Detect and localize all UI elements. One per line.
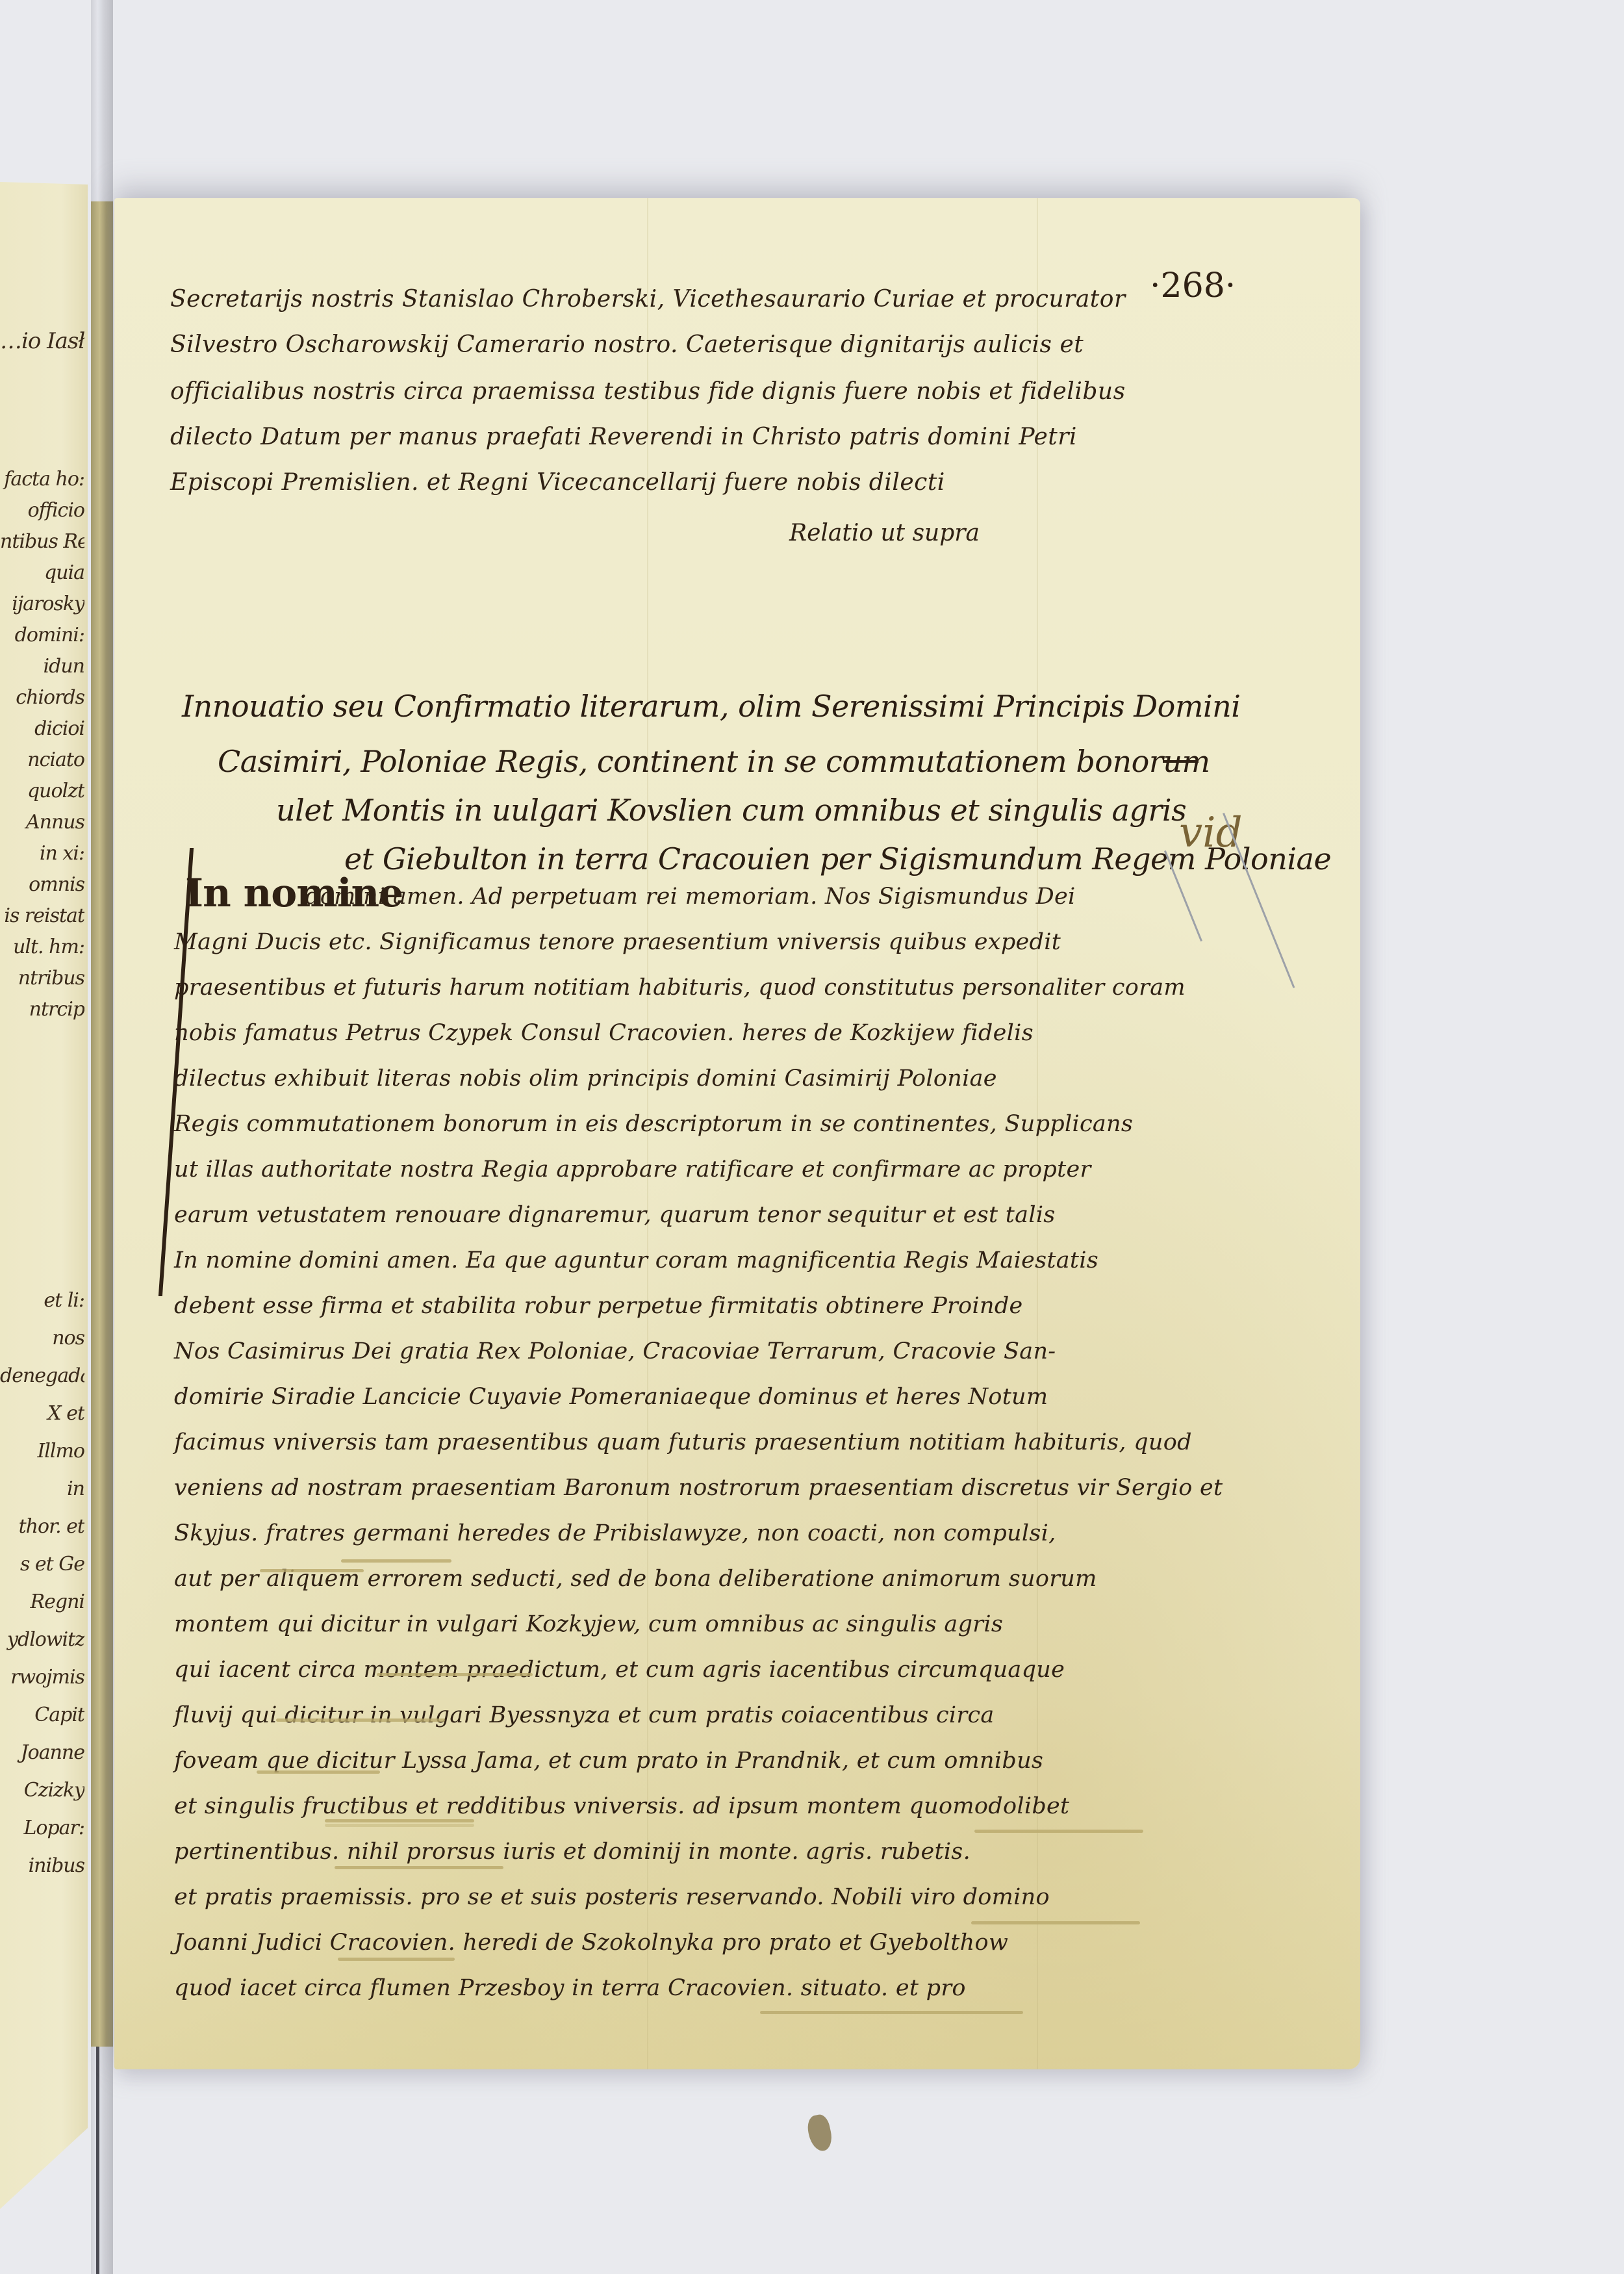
margin-dash	[1163, 760, 1199, 763]
left-margin-line: quia	[0, 561, 84, 584]
left-margin-line: X et	[0, 1402, 84, 1425]
left-margin-line: is reistat	[0, 904, 84, 927]
body-line: veniens ad nostram praesentiam Baronum n…	[174, 1475, 1223, 1501]
underline-mark	[971, 1921, 1140, 1924]
body-line: qui iacent circa montem praedictum, et c…	[174, 1657, 1065, 1683]
body-line: Magni Ducis etc. Significamus tenore pra…	[174, 929, 1061, 955]
left-margin-line: Regni	[0, 1591, 84, 1613]
body-line: Regis commutationem bonorum in eis descr…	[174, 1111, 1133, 1137]
text-line: Episcopi Premislien. et Regni Vicecancel…	[170, 469, 945, 496]
left-margin-line: denegada	[0, 1364, 84, 1387]
body-line: foveam que dicitur Lyssa Jama, et cum pr…	[174, 1748, 1043, 1774]
underline-mark	[325, 1824, 474, 1827]
left-margin-line: Capit	[0, 1704, 84, 1726]
left-margin-line: Illmo	[0, 1440, 84, 1463]
left-margin-line: idun	[0, 655, 84, 678]
underline-mark	[276, 1718, 445, 1722]
text-line: Silvestro Oscharowskij Camerario nostro.…	[170, 331, 1084, 358]
body-line: et pratis praemissis. pro se et suis pos…	[174, 1884, 1050, 1910]
left-margin-line: rwojmis	[0, 1666, 84, 1689]
body-line: domirie Siradie Lancicie Cuyavie Pomeran…	[174, 1384, 1048, 1410]
left-margin-line: ntribus	[0, 967, 84, 990]
body-line: Skyjus. fratres germani heredes de Pribi…	[174, 1520, 1056, 1546]
body-line: fluvij qui dicitur in vulgari Byessnyza …	[174, 1702, 995, 1728]
binding-strip	[91, 201, 113, 2047]
left-margin-line: ijarosky	[0, 593, 84, 615]
body-line: facimus vniversis tam praesentibus quam …	[174, 1429, 1192, 1455]
left-margin-line: quolzt	[0, 780, 84, 802]
left-margin-line: omnis	[0, 873, 84, 896]
left-margin-line: ntibus Re	[0, 530, 84, 553]
left-margin-line: Lopar:	[0, 1817, 84, 1839]
body-line: debent esse firma et stabilita robur per…	[174, 1293, 1023, 1319]
margin-annotation: vid	[1179, 809, 1243, 857]
underline-mark	[325, 1819, 474, 1822]
text-line: officialibus nostris circa praemissa tes…	[170, 378, 1126, 405]
left-margin-line: nciato	[0, 748, 84, 771]
ink-stain	[806, 2113, 835, 2153]
body-line: quod iacet circa flumen Przesboy in terr…	[174, 1975, 966, 2001]
title-line: Casimiri, Poloniae Regis, continent in s…	[218, 744, 1210, 779]
underline-mark	[257, 1770, 380, 1774]
title-line: Innouatio seu Confirmatio literarum, oli…	[182, 689, 1241, 724]
left-margin-line: chiords	[0, 686, 84, 709]
left-margin-line: Annus	[0, 811, 84, 834]
body-line: pertinentibus. nihil prorsus iuris et do…	[174, 1839, 971, 1865]
underline-mark	[341, 1559, 451, 1563]
left-margin-line: ntrcip	[0, 998, 84, 1021]
underline-mark	[974, 1830, 1143, 1833]
body-line: domini amen. Ad perpetuam rei memoriam. …	[305, 884, 1075, 910]
left-page-fragment: …io Iasło. facta ho: officio ntibus Re q…	[0, 182, 88, 2209]
body-line: earum vetustatem renouare dignaremur, qu…	[174, 1202, 1056, 1228]
left-margin-line: inibus	[0, 1854, 84, 1877]
left-margin-line: et li:	[0, 1289, 84, 1312]
left-margin-line: in	[0, 1477, 84, 1500]
left-margin-line: nos	[0, 1327, 84, 1349]
left-margin-line: Czizky	[0, 1779, 84, 1802]
left-page-header: …io Iasło.	[0, 328, 84, 354]
left-margin-line: ult. hm:	[0, 936, 84, 958]
body-line: In nomine domini amen. Ea que aguntur co…	[174, 1247, 1098, 1273]
body-line: ut illas authoritate nostra Regia approb…	[174, 1156, 1091, 1182]
text-line: dilecto Datum per manus praefati Reveren…	[170, 424, 1077, 450]
body-line: Joanni Judici Cracovien. heredi de Szoko…	[174, 1930, 1008, 1956]
left-margin-line: Joanne	[0, 1741, 84, 1764]
body-line: montem qui dicitur in vulgari Kozkyjew, …	[174, 1611, 1003, 1637]
text-line: Secretarijs nostris Stanislao Chroberski…	[170, 286, 1126, 313]
underline-mark	[338, 1958, 455, 1961]
underline-mark	[377, 1673, 533, 1676]
left-margin-line: domini:	[0, 624, 84, 646]
underline-mark	[335, 1866, 503, 1869]
left-margin-line: s et Ge	[0, 1553, 84, 1576]
underline-mark	[260, 1569, 364, 1572]
body-line: dilectus exhibuit literas nobis olim pri…	[174, 1066, 997, 1092]
left-margin-line: in xi:	[0, 842, 84, 865]
title-line: ulet Montis in uulgari Kovslien cum omni…	[276, 793, 1186, 828]
underline-mark	[760, 2011, 1023, 2014]
binding-shadow-line	[96, 2047, 99, 2274]
relatio-closing: Relatio ut supra	[789, 520, 980, 546]
body-line: praesentibus et futuris harum notitiam h…	[174, 975, 1186, 1001]
left-margin-line: ydlowitz	[0, 1628, 84, 1651]
left-margin-line: dicioi	[0, 717, 84, 740]
body-line: Nos Casimirus Dei gratia Rex Poloniae, C…	[174, 1338, 1056, 1364]
left-margin-line: thor. et	[0, 1515, 84, 1538]
left-margin-line: facta ho:	[0, 468, 84, 491]
body-line: et singulis fructibus et redditibus vniv…	[174, 1793, 1069, 1819]
left-margin-line: officio	[0, 499, 84, 522]
body-line: nobis famatus Petrus Czypek Consul Craco…	[174, 1020, 1034, 1046]
folio-number: ·268·	[1150, 266, 1236, 305]
